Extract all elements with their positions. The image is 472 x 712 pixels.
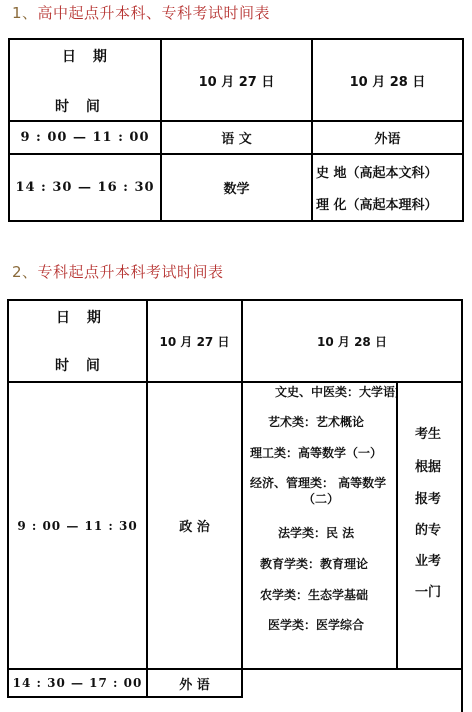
section1-title-text: 高中起点升本科、专科考试时间表 [38, 4, 271, 22]
table2-row2-day1: 外 语 [148, 670, 241, 696]
table2-day1-header: 10 月 27 日 [148, 301, 241, 381]
table2-time-label: 时 间 [55, 355, 106, 375]
table1-time-label: 时 间 [55, 96, 106, 116]
table2-day2-header: 10 月 28 日 [243, 301, 461, 381]
table2-row2-time: 14 : 30 — 17 : 00 [9, 670, 146, 696]
section2-title-text: 专科起点升本科考试时间表 [38, 263, 224, 281]
subject-item: 经济、管理类： 高等数学 [250, 474, 386, 491]
table1-row2-day1: 数学 [162, 155, 311, 220]
note-line: 业考 [415, 550, 441, 569]
subject-item: （二） [303, 490, 339, 507]
table1-row1-day2: 外语 [313, 122, 462, 153]
note-line: 根据 [415, 456, 441, 475]
table1-row2-day2-line1: 史 地（高起本文科） [316, 162, 438, 181]
table2-row1-time: 9 : 00 — 11 : 30 [9, 383, 146, 668]
subject-item: 文史、中医类：大学语文 [275, 383, 396, 400]
subject-item: 教育学类：教育理论 [260, 555, 368, 572]
subject-item: 法学类：民 法 [278, 524, 354, 541]
section1-number: 1、 [12, 4, 38, 22]
subject-item: 艺术类：艺术概论 [268, 413, 364, 430]
note-line: 报考 [415, 488, 441, 507]
note-line: 的专 [415, 519, 441, 538]
table1-row1-time: 9 : 00 — 11 : 00 [10, 122, 160, 153]
section1-title: 1、高中起点升本科、专科考试时间表 [12, 2, 270, 23]
section2-number: 2、 [12, 263, 38, 281]
table1-day1-header: 10 月 27 日 [162, 40, 311, 120]
note-line: 一门 [415, 581, 441, 600]
table2-row2-day2 [243, 670, 461, 696]
table1-row1-day1: 语 文 [162, 122, 311, 153]
subject-item: 医学类：医学综合 [268, 616, 364, 633]
subject-item: 理工类：高等数学（一） [250, 444, 382, 461]
table2-row1-day2-subjects: 文史、中医类：大学语文 艺术类：艺术概论 理工类：高等数学（一） 经济、管理类：… [243, 383, 396, 668]
section2-title: 2、专科起点升本科考试时间表 [12, 261, 224, 282]
table1-row2-day2-line2: 理 化（高起本理科） [316, 194, 438, 213]
table1-row2-time: 14 : 30 — 16 : 30 [10, 155, 160, 220]
table2-row1-day1: 政 治 [148, 383, 241, 668]
note-line: 考生 [415, 423, 441, 442]
table2-date-label: 日 期 [56, 307, 107, 327]
subject-item: 农学类：生态学基础 [260, 586, 368, 603]
table2-note: 考生 根据 报考 的专 业考 一门 [398, 383, 461, 668]
table1-day2-header: 10 月 28 日 [313, 40, 462, 120]
table1-date-label: 日 期 [62, 46, 113, 66]
